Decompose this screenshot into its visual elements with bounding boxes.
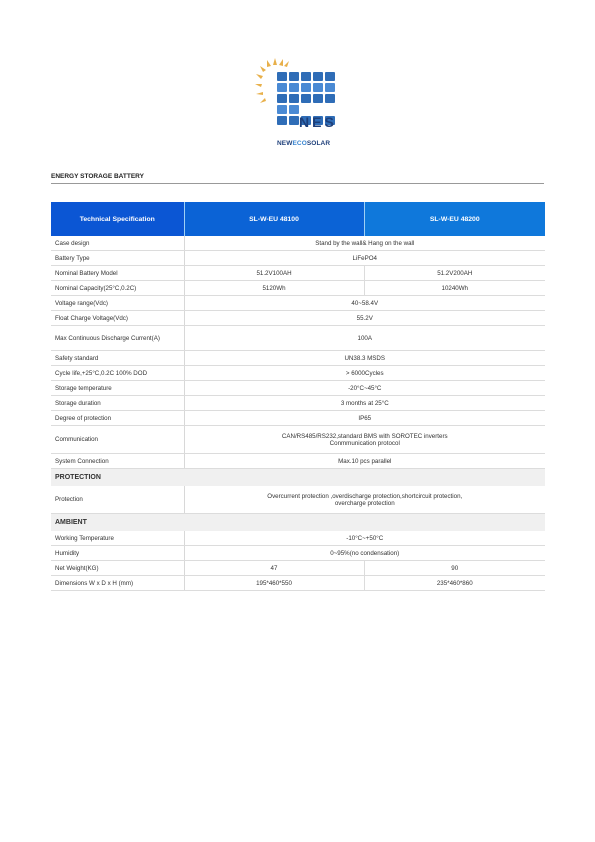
spec-value-48200: 90 bbox=[364, 561, 545, 576]
spec-label: Working Temperature bbox=[51, 531, 184, 546]
spec-label: Net Weight(KG) bbox=[51, 561, 184, 576]
table-row: Nominal Capacity(25°C,0.2C)5120Wh10240Wh bbox=[51, 281, 545, 296]
spec-value-line: Overcurrent protection ,overdischarge pr… bbox=[189, 493, 542, 500]
spec-label: Degree of protection bbox=[51, 411, 184, 426]
spec-label: Float Charge Voltage(Vdc) bbox=[51, 311, 184, 326]
table-row: Net Weight(KG)4790 bbox=[51, 561, 545, 576]
logo-brand-name: NEWECOSOLAR bbox=[277, 140, 330, 147]
brand-mid: ECO bbox=[292, 140, 306, 147]
spec-value-line: CAN/RS485/RS232,standard BMS with SOROTE… bbox=[189, 433, 542, 440]
table-row: Voltage range(Vdc)40~58.4V bbox=[51, 296, 545, 311]
spec-label: Nominal Capacity(25°C,0.2C) bbox=[51, 281, 184, 296]
table-row: Dimensions W x D x H (mm)195*460*550235*… bbox=[51, 576, 545, 591]
spec-value: LiFePO4 bbox=[184, 251, 545, 266]
spec-label: Humidity bbox=[51, 546, 184, 561]
table-row: Nominal Battery Model51.2V100AH51.2V200A… bbox=[51, 266, 545, 281]
header-technical-specification: Technical Specification bbox=[51, 202, 184, 236]
spec-value: -20°C~45°C bbox=[184, 381, 545, 396]
spec-value: CAN/RS485/RS232,standard BMS with SOROTE… bbox=[184, 426, 545, 454]
company-logo: NES NEWECOSOLAR bbox=[255, 56, 345, 156]
spec-value-48100: 51.2V100AH bbox=[184, 266, 364, 281]
spec-value-line: Conmmunication protocol bbox=[189, 440, 542, 447]
spec-value: 40~58.4V bbox=[184, 296, 545, 311]
spec-value: Max.10 pcs parallel bbox=[184, 454, 545, 469]
header-model-48200: SL-W-EU 48200 bbox=[364, 202, 545, 236]
spec-label: Communication bbox=[51, 426, 184, 454]
spec-value-48200: 51.2V200AH bbox=[364, 266, 545, 281]
spec-label: Storage temperature bbox=[51, 381, 184, 396]
spec-value: 0~95%(no condensation) bbox=[184, 546, 545, 561]
table-row: ProtectionOvercurrent protection ,overdi… bbox=[51, 486, 545, 514]
section-protection-title: PROTECTION bbox=[51, 469, 545, 487]
table-row: Float Charge Voltage(Vdc)55.2V bbox=[51, 311, 545, 326]
spec-value-48200: 235*460*860 bbox=[364, 576, 545, 591]
table-row: Working Temperature-10°C~+50°C bbox=[51, 531, 545, 546]
spec-value-48200: 10240Wh bbox=[364, 281, 545, 296]
logo-mark: NES bbox=[299, 114, 337, 130]
spec-label: Nominal Battery Model bbox=[51, 266, 184, 281]
table-row: Case designStand by the wall& Hang on th… bbox=[51, 236, 545, 251]
spec-label: System Connection bbox=[51, 454, 184, 469]
section-ambient: AMBIENT bbox=[51, 514, 545, 532]
table-row: Battery TypeLiFePO4 bbox=[51, 251, 545, 266]
spec-label: Max Continuous Discharge Current(A) bbox=[51, 326, 184, 351]
brand-suffix: SOLAR bbox=[307, 140, 330, 147]
table-row: System ConnectionMax.10 pcs parallel bbox=[51, 454, 545, 469]
spec-label: Case design bbox=[51, 236, 184, 251]
brand-prefix: NEW bbox=[277, 140, 292, 147]
spec-value-48100: 47 bbox=[184, 561, 364, 576]
spec-label: Battery Type bbox=[51, 251, 184, 266]
spec-value: 3 months at 25°C bbox=[184, 396, 545, 411]
spec-label: Dimensions W x D x H (mm) bbox=[51, 576, 184, 591]
spec-label: Cycle life,+25°C,0.2C 100% DOD bbox=[51, 366, 184, 381]
section-ambient-title: AMBIENT bbox=[51, 514, 545, 532]
header-model-48100: SL-W-EU 48100 bbox=[184, 202, 364, 236]
table-row: Humidity0~95%(no condensation) bbox=[51, 546, 545, 561]
spec-value: -10°C~+50°C bbox=[184, 531, 545, 546]
spec-label: Voltage range(Vdc) bbox=[51, 296, 184, 311]
spec-value: UN38.3 MSDS bbox=[184, 351, 545, 366]
spec-value: IP65 bbox=[184, 411, 545, 426]
table-row: Cycle life,+25°C,0.2C 100% DOD> 6000Cycl… bbox=[51, 366, 545, 381]
spec-value-line: overcharge protection bbox=[189, 500, 542, 507]
spec-value: 55.2V bbox=[184, 311, 545, 326]
section-protection: PROTECTION bbox=[51, 469, 545, 487]
title-divider bbox=[51, 183, 544, 184]
table-row: Degree of protectionIP65 bbox=[51, 411, 545, 426]
table-row: Safety standardUN38.3 MSDS bbox=[51, 351, 545, 366]
spec-table: Technical Specification SL-W-EU 48100 SL… bbox=[51, 202, 545, 591]
spec-value: 100A bbox=[184, 326, 545, 351]
section-title: ENERGY STORAGE BATTERY bbox=[51, 173, 144, 180]
spec-value-48100: 5120Wh bbox=[184, 281, 364, 296]
spec-value: Overcurrent protection ,overdischarge pr… bbox=[184, 486, 545, 514]
spec-value-48100: 195*460*550 bbox=[184, 576, 364, 591]
table-row: Storage temperature-20°C~45°C bbox=[51, 381, 545, 396]
table-row: Max Continuous Discharge Current(A)100A bbox=[51, 326, 545, 351]
table-row: CommunicationCAN/RS485/RS232,standard BM… bbox=[51, 426, 545, 454]
spec-label: Protection bbox=[51, 486, 184, 514]
table-row: Storage duration3 months at 25°C bbox=[51, 396, 545, 411]
spec-value: > 6000Cycles bbox=[184, 366, 545, 381]
spec-label: Storage duration bbox=[51, 396, 184, 411]
table-header-row: Technical Specification SL-W-EU 48100 SL… bbox=[51, 202, 545, 236]
spec-value: Stand by the wall& Hang on the wall bbox=[184, 236, 545, 251]
spec-label: Safety standard bbox=[51, 351, 184, 366]
